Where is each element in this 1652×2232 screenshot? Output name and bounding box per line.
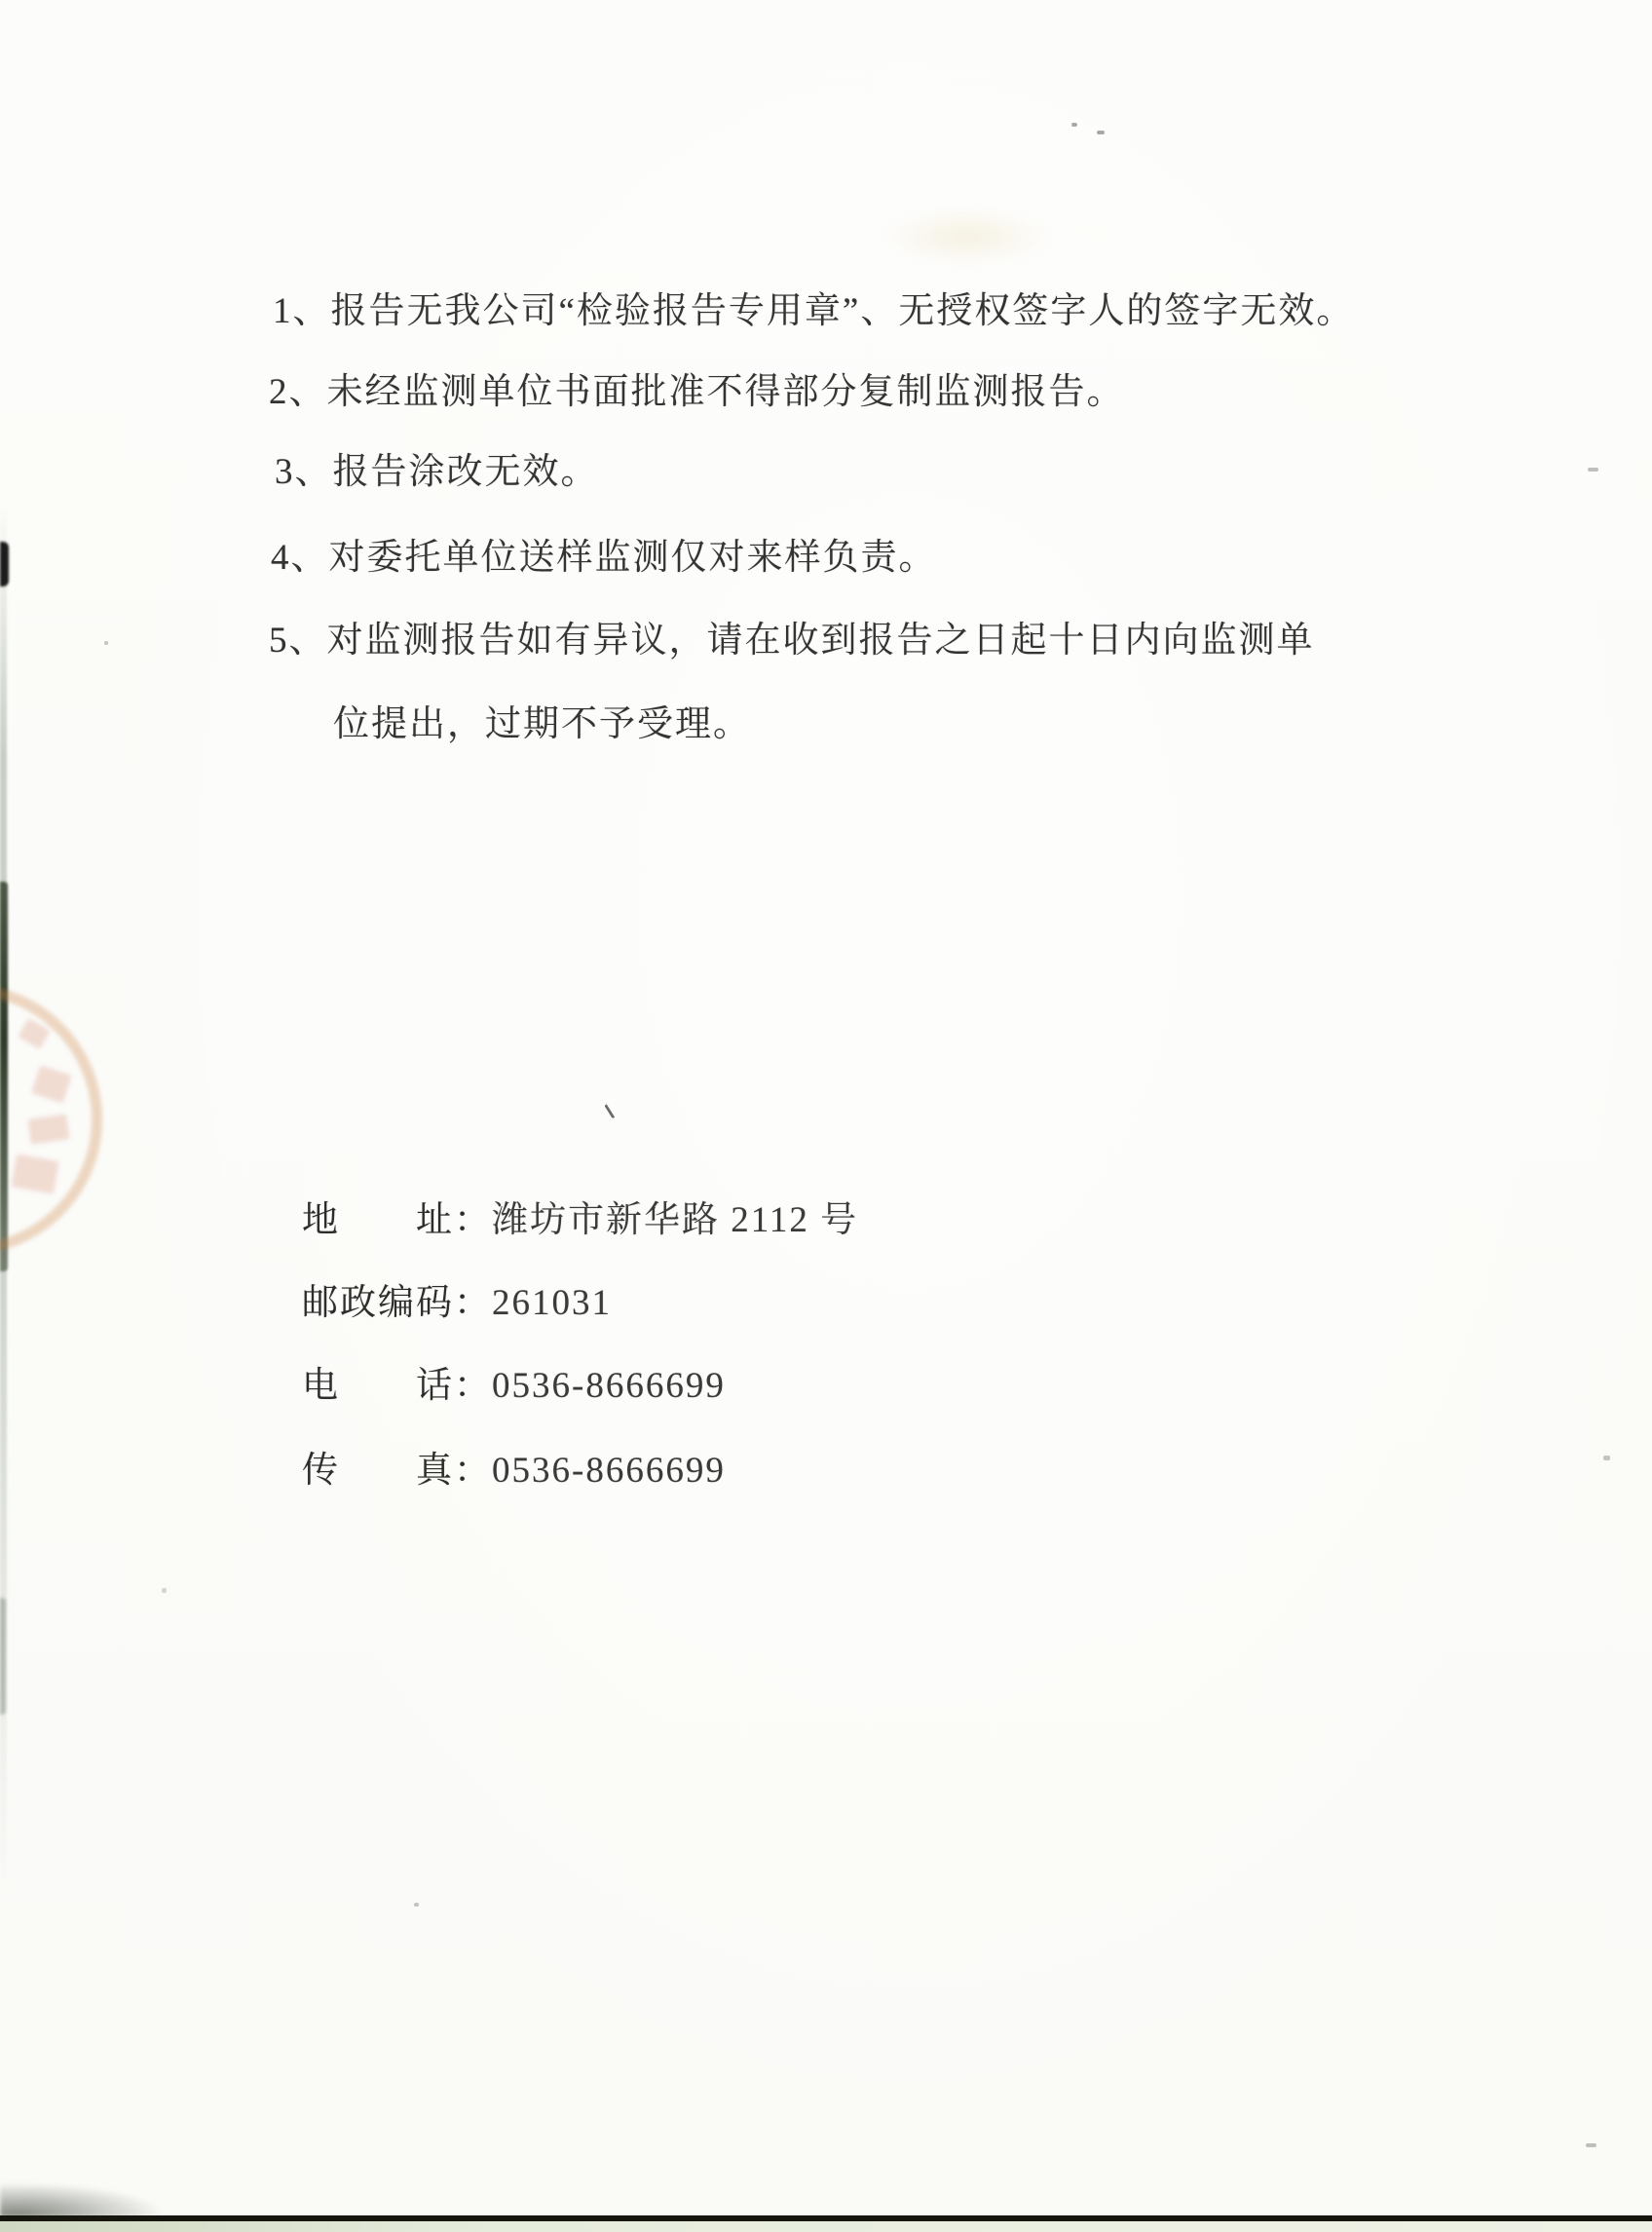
scan-smudge <box>882 207 1052 267</box>
stamp-artifact-ring <box>0 984 102 1255</box>
stray-pen-tick <box>604 1103 618 1119</box>
note-line-2: 2、未经监测单位书面批准不得部分复制监测报告。 <box>269 361 1125 414</box>
contact-fax-row: 传 真：0536-8666699 <box>302 1440 726 1493</box>
scan-edge-strip-dark <box>0 882 8 1271</box>
scan-bottom-line <box>0 2215 1652 2221</box>
address-value: 潍坊市新华路 2112 号 <box>492 1200 858 1240</box>
contact-address-row: 地 址：潍坊市新华路 2112 号 <box>302 1190 858 1242</box>
note-line-5-cont: 位提出，过期不予受理。 <box>333 694 751 746</box>
scan-speck <box>1097 131 1105 134</box>
scan-speck <box>1603 1456 1610 1460</box>
contact-postcode-row: 邮政编码：261031 <box>302 1272 612 1325</box>
contact-phone-row: 电 话：0536-8666699 <box>302 1355 726 1408</box>
scan-speck <box>104 641 108 645</box>
fax-value: 0536-8666699 <box>492 1451 726 1491</box>
postcode-label: 邮政编码： <box>302 1283 492 1323</box>
scan-speck <box>1071 123 1077 127</box>
scan-edge-blob-lower <box>0 1598 6 1715</box>
note-line-1: 1、报告无我公司“检验报告专用章”、无授权签字人的签字无效。 <box>273 281 1354 333</box>
address-label: 地 址： <box>302 1200 492 1240</box>
stamp-artifact-mark <box>11 1154 58 1193</box>
scan-speck <box>1586 2143 1596 2147</box>
scan-bottom-strip <box>0 2221 1652 2232</box>
postcode-value: 261031 <box>492 1283 612 1323</box>
stamp-artifact-mark <box>31 1065 72 1103</box>
scan-speck <box>1588 468 1598 472</box>
note-line-3: 3、报告涂改无效。 <box>275 441 599 494</box>
scan-edge-blob <box>0 542 9 586</box>
phone-value: 0536-8666699 <box>492 1366 726 1406</box>
note-line-5: 5、对监测报告如有异议，请在收到报告之日起十日内向监测单 <box>269 610 1315 662</box>
stamp-artifact-mark <box>27 1114 69 1144</box>
scan-speck <box>162 1588 167 1593</box>
phone-label: 电 话： <box>302 1366 492 1406</box>
scan-speck <box>414 1903 419 1907</box>
stamp-artifact-mark <box>18 1018 51 1049</box>
note-line-4: 4、对委托单位送样监测仅对来样负责。 <box>271 527 937 580</box>
scan-edge-strip-light <box>0 507 7 1900</box>
document-page: 1、报告无我公司“检验报告专用章”、无授权签字人的签字无效。 2、未经监测单位书… <box>0 0 1652 2232</box>
scan-bottom-smudge <box>0 2182 166 2217</box>
fax-label: 传 真： <box>302 1451 492 1491</box>
